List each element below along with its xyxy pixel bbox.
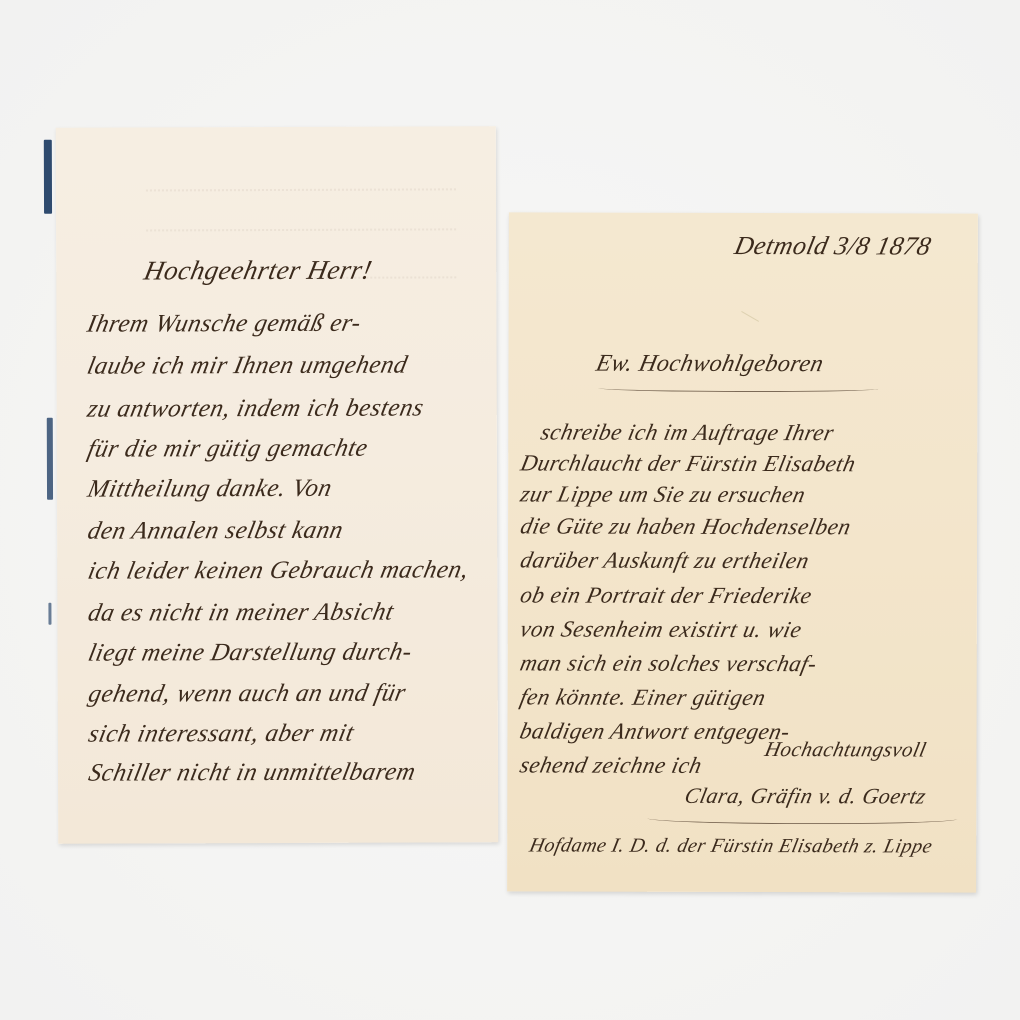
blue-paper-remnant: [48, 603, 51, 625]
letter-right-line: die Güte zu haben Hochdenselben: [518, 513, 974, 540]
letter-left-line: Schiller nicht in unmittelbarem: [86, 758, 492, 787]
letter-left-line: gehend, wenn auch an und für: [86, 679, 492, 708]
letter-left-line: laube ich mir Ihnen umgehend: [85, 351, 491, 380]
letter-right-sheet: Detmold 3/8 1878 Ew. Hochwohlgeboren sch…: [507, 212, 978, 892]
signature-flourish: [647, 813, 957, 825]
letter-right-line: schreibe ich im Auftrage Ihrer: [538, 419, 994, 446]
letter-right-salutation: Ew. Hochwohlgeboren: [593, 351, 826, 379]
letter-left-sheet: Hochgeehrter Herr! Ihrem Wunsche gemäß e…: [56, 126, 498, 844]
pencil-mark: [734, 311, 759, 334]
letter-right-signature: Clara, Gräfin v. d. Goertz: [682, 783, 928, 810]
letter-right-line: von Sesenheim existirt u. wie: [518, 616, 974, 643]
letter-right-line: fen könnte. Einer gütigen: [518, 684, 974, 711]
letter-right-dateline: Detmold 3/8 1878: [732, 231, 934, 261]
photo-background: Hochgeehrter Herr! Ihrem Wunsche gemäß e…: [0, 0, 1020, 1020]
letter-left-line: Ihrem Wunsche gemäß er-: [84, 309, 490, 338]
letter-left-line: für die mir gütig gemachte: [85, 434, 491, 463]
letter-left-line: da es nicht in meiner Absicht: [85, 598, 491, 627]
letter-right-line: darüber Auskunft zu ertheilen: [518, 547, 974, 574]
letter-right-line: man sich ein solches verschaf-: [518, 650, 974, 677]
letter-right-closing: Hochachtungsvoll: [762, 737, 928, 762]
blue-paper-remnant: [47, 418, 53, 500]
blue-paper-remnant: [44, 140, 52, 214]
letter-left-line: sich interessant, aber mit: [86, 719, 492, 748]
letter-left-line: zu antworten, indem ich bestens: [85, 394, 491, 423]
letter-right-line: ob ein Portrait der Friederike: [518, 582, 974, 609]
letter-left-line: liegt meine Darstellung durch-: [86, 638, 492, 667]
letter-right-line: Durchlaucht der Fürstin Elisabeth: [518, 450, 974, 477]
letter-left-line: Mittheilung danke. Von: [85, 474, 491, 503]
letter-left-line: den Annalen selbst kann: [85, 516, 491, 545]
letter-left-line: ich leider keinen Gebrauch machen,: [85, 556, 491, 585]
bleed-through-text: [146, 178, 456, 191]
letter-left-salutation: Hochgeehrter Herr!: [141, 255, 375, 287]
letter-right-line: zur Lippe um Sie zu ersuchen: [518, 481, 974, 508]
letter-right-signature-title: Hofdame I. D. d. der Fürstin Elisabeth z…: [527, 834, 934, 858]
bleed-through-text: [146, 218, 456, 231]
salutation-underline-flourish: [598, 385, 878, 393]
